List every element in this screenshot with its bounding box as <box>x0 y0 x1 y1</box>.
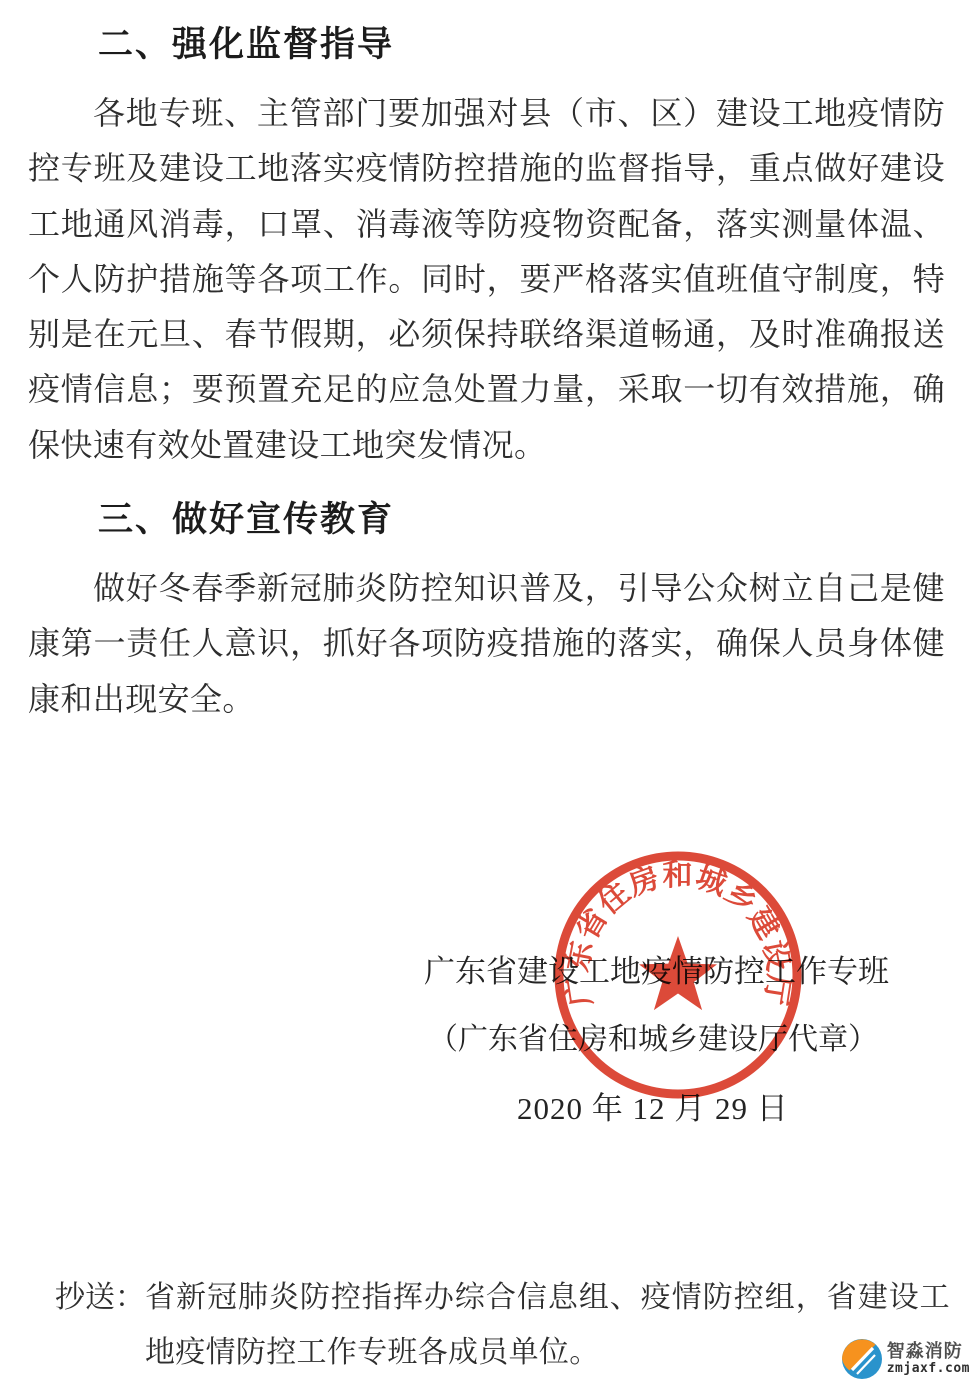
watermark-text: 智淼消防 zmjaxf.com <box>887 1342 970 1376</box>
site-watermark: 智淼消防 zmjaxf.com <box>842 1339 970 1379</box>
scanned-document-page: 二、强化监督指导 各地专班、主管部门要加强对县（市、区）建设工地疫情防控专班及建… <box>0 0 973 1385</box>
cc-recipients: 省新冠肺炎防控指挥办综合信息组、疫情防控组，省建设工地疫情防控工作专班各成员单位… <box>145 1270 950 1380</box>
cc-footer: 抄送： 省新冠肺炎防控指挥办综合信息组、疫情防控组，省建设工地疫情防控工作专班各… <box>55 1270 950 1380</box>
watermark-logo-icon <box>842 1339 882 1379</box>
section-heading-2: 二、强化监督指导 <box>98 25 945 65</box>
signature-organization: 广东省建设工地疫情防控工作专班 <box>424 954 889 990</box>
watermark-domain: zmjaxf.com <box>887 1362 970 1376</box>
watermark-brand-name: 智淼消防 <box>887 1342 970 1362</box>
cc-label: 抄送： <box>55 1270 145 1325</box>
signature-delegate-note: （广东省住房和城乡建设厅代章） <box>428 1023 878 1058</box>
section-paragraph-2: 各地专班、主管部门要加强对县（市、区）建设工地疫情防控专班及建设工地落实疫情防控… <box>28 86 945 473</box>
section-paragraph-3: 做好冬春季新冠肺炎防控知识普及，引导公众树立自己是健康第一责任人意识，抓好各项防… <box>28 561 945 727</box>
section-heading-3: 三、做好宣传教育 <box>98 500 945 540</box>
document-body: 二、强化监督指导 各地专班、主管部门要加强对县（市、区）建设工地疫情防控专班及建… <box>28 0 945 727</box>
signature-date: 2020 年 12 月 29 日 <box>517 1091 789 1127</box>
